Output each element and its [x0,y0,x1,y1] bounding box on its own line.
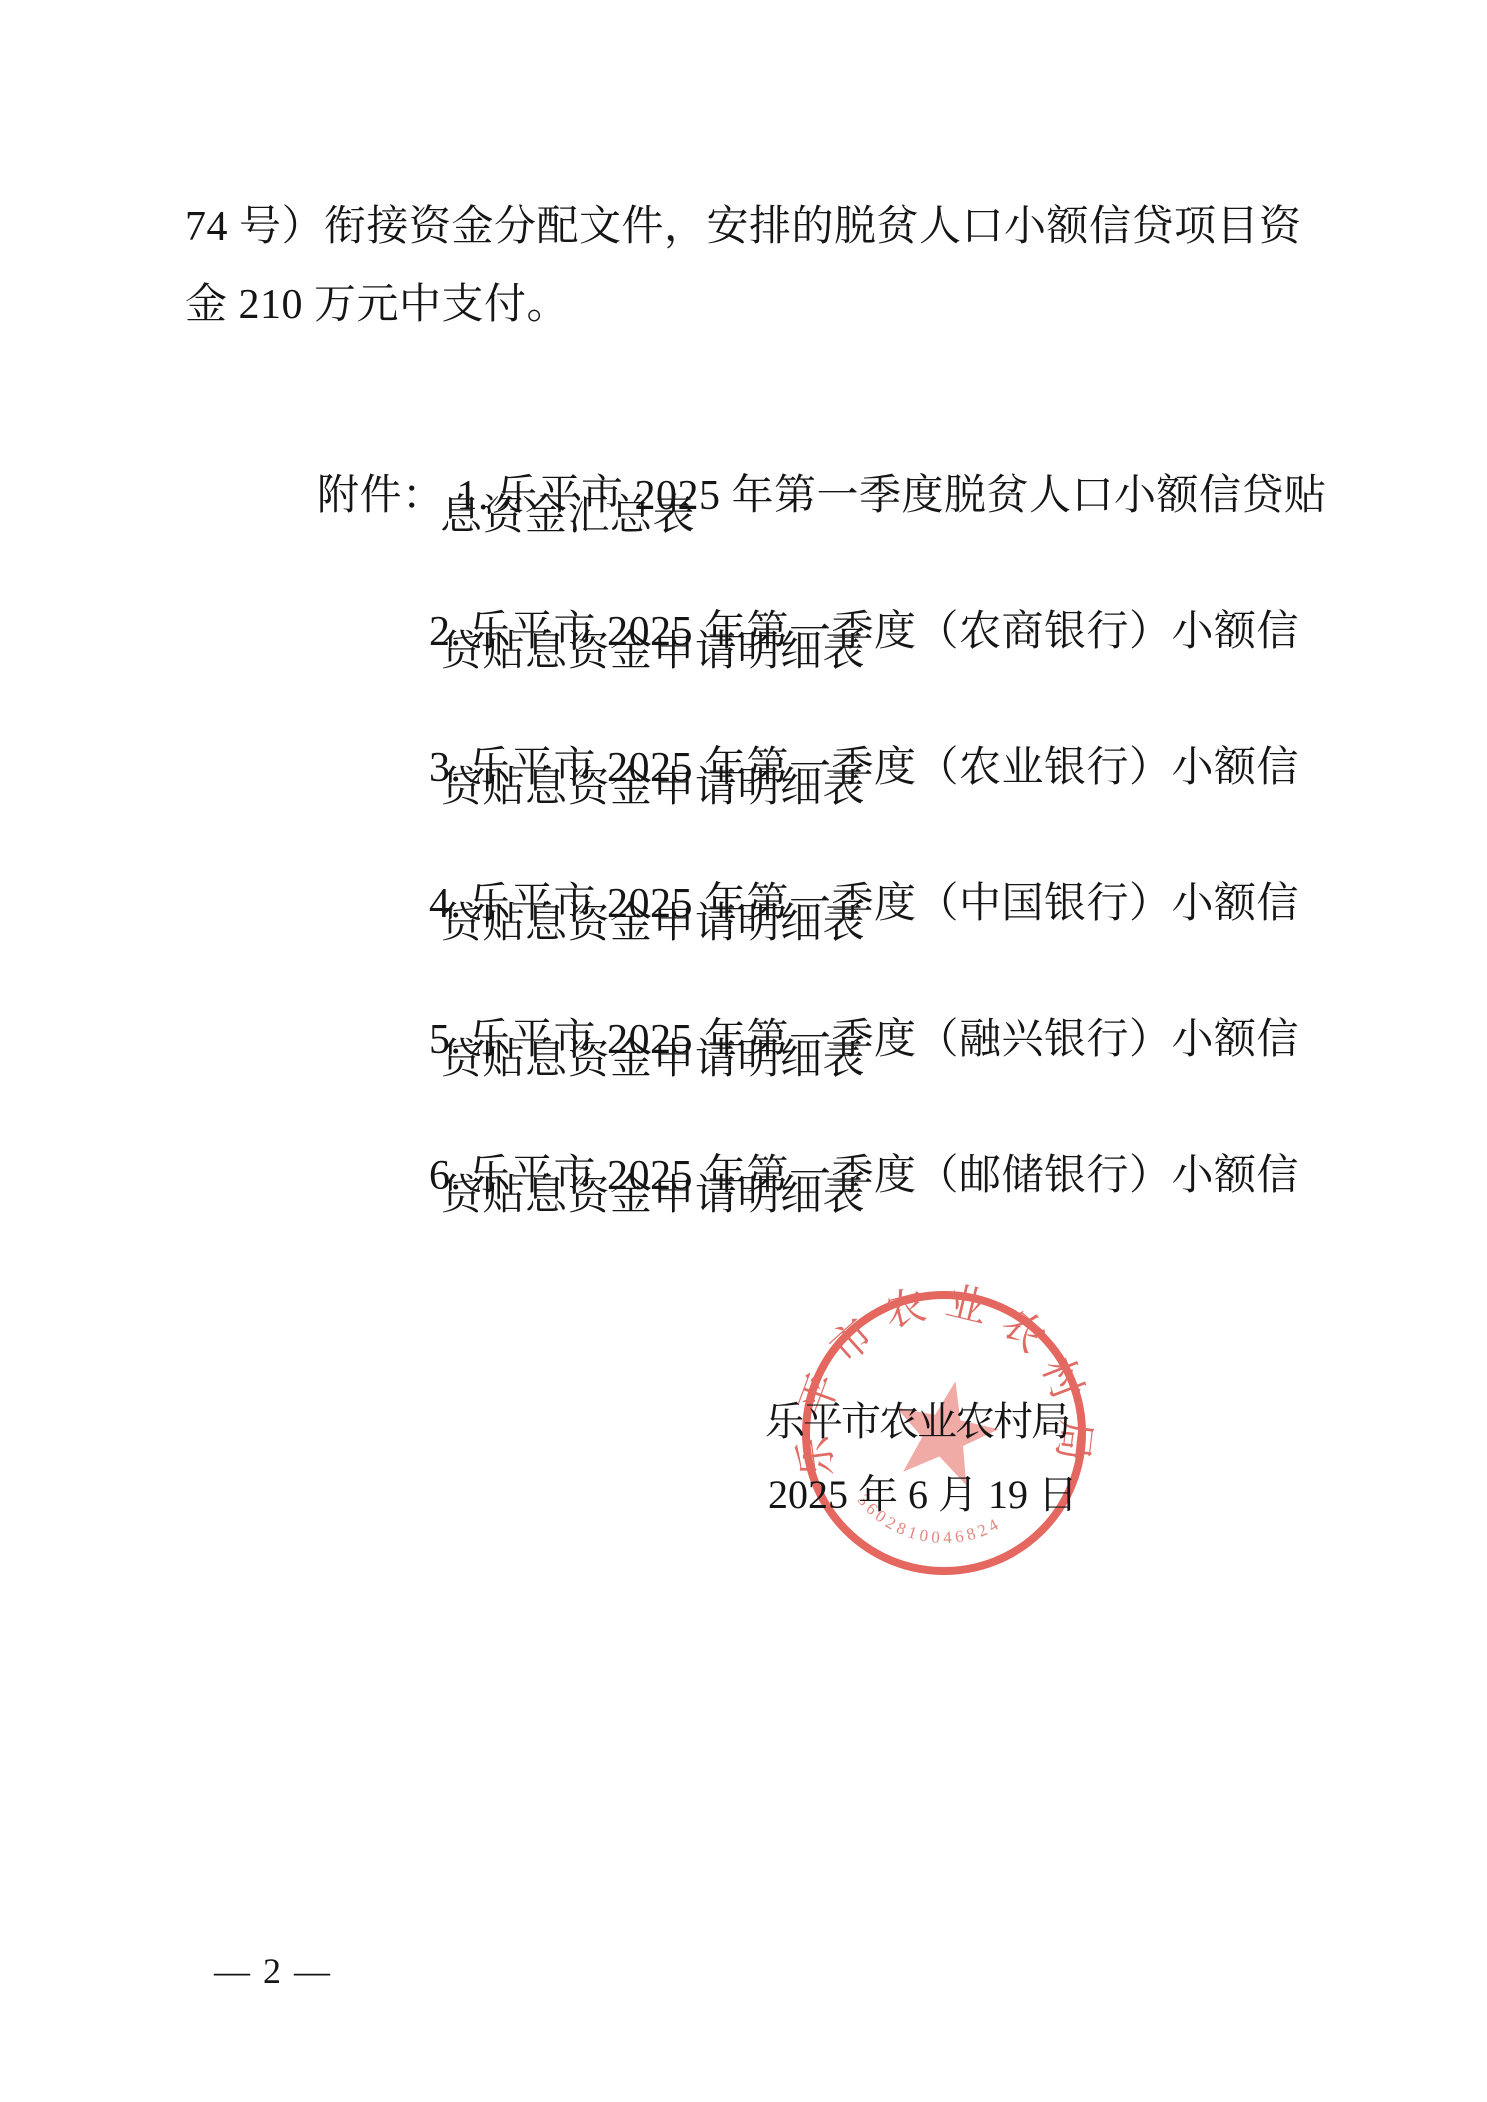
attachment-item-5-cont: 贷贴息资金申请明细表 [440,1036,865,1084]
signature-org-name: 乐平市农业农村局 [765,1400,1069,1444]
body-text-line-2: 金 210 万元中支付。 [185,281,569,329]
page-number: — 2 — [214,1950,332,1992]
attachment-item-3-cont: 贷贴息资金申请明细表 [440,764,865,812]
attachment-item-2-cont: 贷贴息资金申请明细表 [440,628,865,676]
body-text-line-1: 74 号）衔接资金分配文件，安排的脱贫人口小额信贷项目资 [185,203,1302,251]
attachments-label: 附件： [317,473,445,519]
attachment-item-1-cont: 息资金汇总表 [440,492,695,540]
attachment-item-6-cont: 贷贴息资金申请明细表 [440,1172,865,1220]
document-page: 74 号）衔接资金分配文件，安排的脱贫人口小额信贷项目资 金 210 万元中支付… [0,0,1487,2102]
attachment-item-1: 附件：1.乐平市 2025 年第一季度脱贫人口小额信贷贴 [273,424,1327,569]
signature-date: 2025 年 6 月 19 日 [768,1473,1078,1517]
attachment-item-4-cont: 贷贴息资金申请明细表 [440,900,865,948]
